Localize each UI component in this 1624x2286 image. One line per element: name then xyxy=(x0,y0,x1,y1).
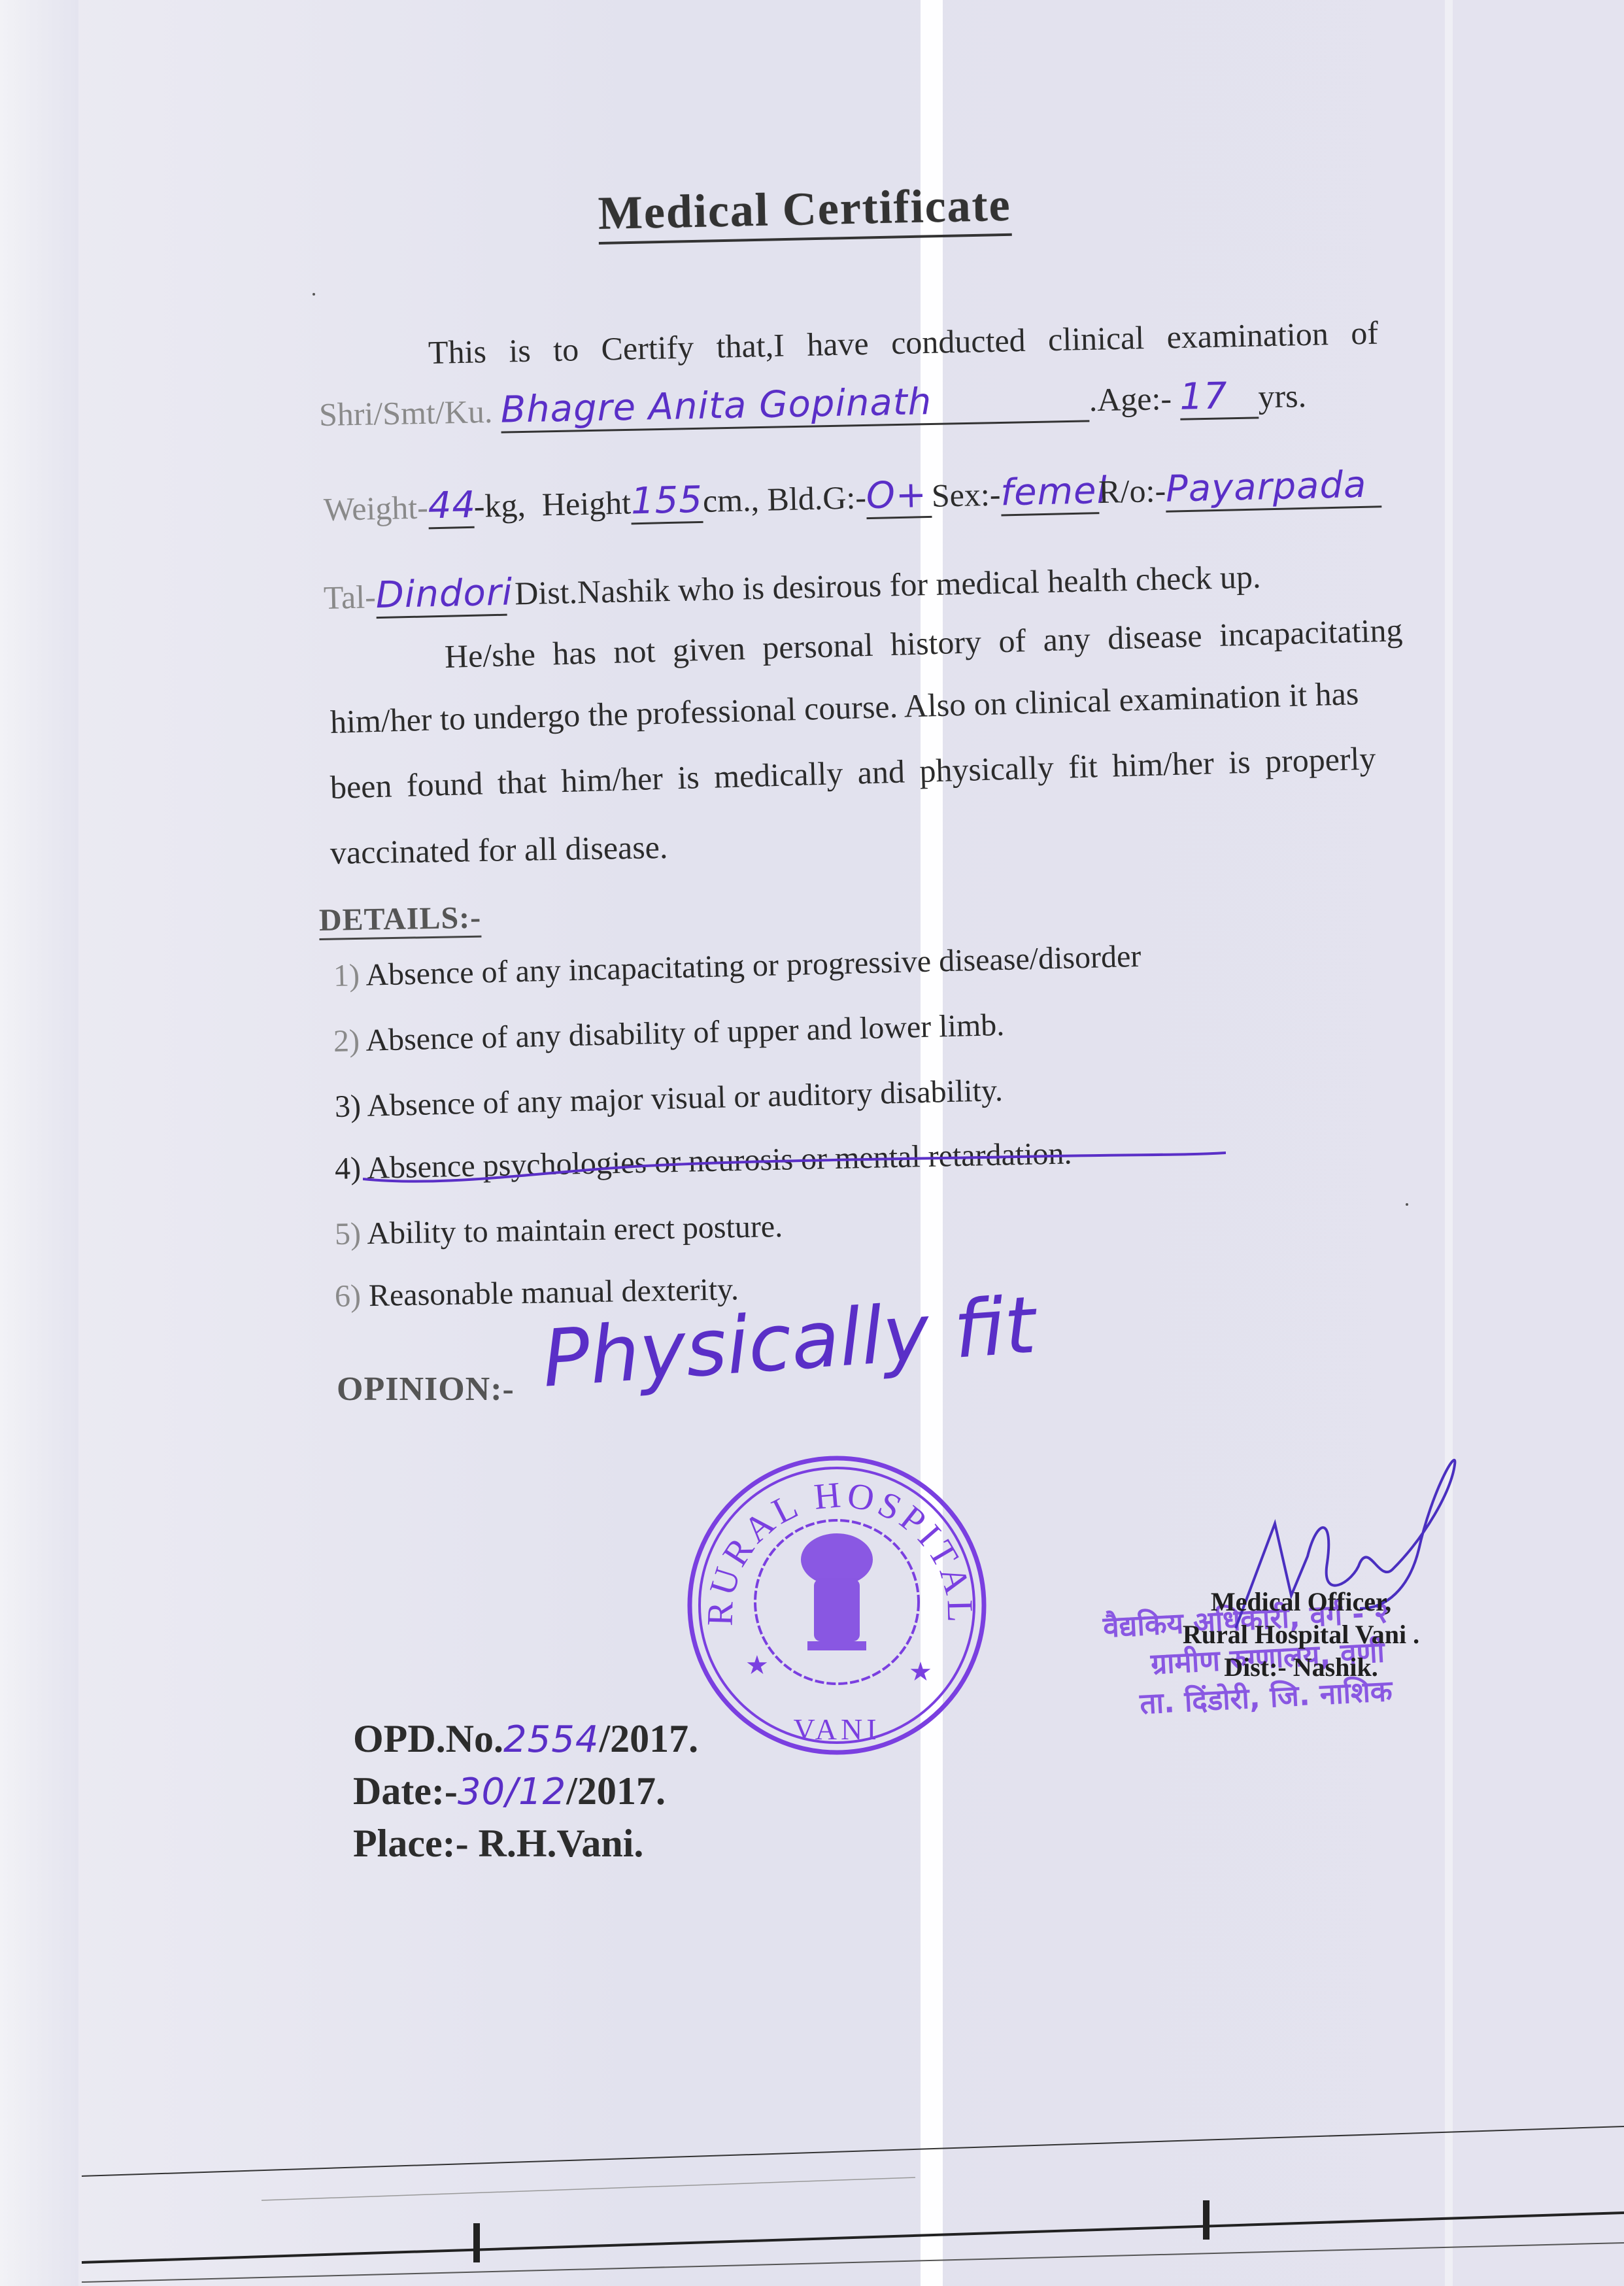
honorific-label: Shri/Smt/Ku. xyxy=(318,393,492,433)
weight-field: 44 xyxy=(428,484,475,530)
resident-label: R/o:- xyxy=(1098,472,1166,510)
sex-field: femel xyxy=(1000,469,1100,516)
weight-label: Weight- xyxy=(323,488,428,528)
date-year: /2017. xyxy=(566,1769,666,1813)
detail-num: 4) xyxy=(334,1151,361,1186)
place-value: R.H.Vani. xyxy=(479,1822,644,1865)
height-value: 155 xyxy=(630,479,703,522)
taluka-field: Dindori xyxy=(375,571,507,619)
age-field: 17 xyxy=(1179,374,1259,420)
taluka-value: Dindori xyxy=(375,571,513,617)
scan-bleed-lines xyxy=(0,2092,1624,2286)
weight-value: 44 xyxy=(428,484,477,528)
strikethrough-mark xyxy=(363,1148,1226,1187)
opd-line: OPD.No.2554/2017. xyxy=(353,1713,698,1766)
stamp-bottom-text: VANI xyxy=(793,1713,880,1746)
height-unit: cm., xyxy=(702,481,759,519)
rural-hospital-stamp: RURAL HOSPITAL VANI ★ ★ xyxy=(683,1452,990,1759)
opd-year: /2017. xyxy=(600,1717,699,1760)
officer-title: Medical Officer, xyxy=(1098,1586,1504,1618)
place-label: Place:- xyxy=(353,1822,469,1865)
ashoka-emblem-icon xyxy=(801,1533,873,1650)
detail-num: 3) xyxy=(334,1089,361,1124)
scan-speck xyxy=(1406,1203,1408,1206)
footer-block: OPD.No.2554/2017. Date:-30/12/2017. Plac… xyxy=(353,1713,698,1869)
page-title: Medical Certificate xyxy=(598,178,1011,245)
star-icon: ★ xyxy=(909,1657,932,1686)
weight-unit: -kg, xyxy=(473,486,526,524)
detail-num: 2) xyxy=(333,1023,360,1059)
height-field: 155 xyxy=(630,479,703,524)
body-line-4: vaccinated for all disease. xyxy=(330,828,668,872)
detail-num: 1) xyxy=(333,958,360,993)
details-heading: DETAILS:- xyxy=(318,900,481,940)
date-label: Date:- xyxy=(353,1769,458,1813)
opd-label: OPD.No. xyxy=(353,1717,503,1760)
scan-speck xyxy=(313,293,315,296)
detail-num: 5) xyxy=(335,1216,362,1252)
detail-text: Ability to maintain erect posture. xyxy=(367,1209,783,1251)
taluka-label: Tal- xyxy=(323,578,376,616)
blood-group-label: Bld.G:- xyxy=(767,479,867,517)
height-label: Height xyxy=(541,484,631,522)
blood-group-field: O+ xyxy=(866,473,932,519)
date-line: Date:-30/12/2017. xyxy=(353,1766,698,1818)
detail-num: 6) xyxy=(335,1278,362,1314)
officer-org: Rural Hospital Vani . xyxy=(1098,1618,1504,1651)
sex-value: femel xyxy=(1000,469,1108,515)
age-unit: yrs. xyxy=(1258,377,1307,415)
sex-label: Sex:- xyxy=(931,476,1001,514)
date-value: 30/12 xyxy=(458,1771,566,1813)
opinion-label: OPINION:- xyxy=(337,1370,515,1408)
scan-glare-strip-faint xyxy=(1445,0,1453,2286)
star-icon: ★ xyxy=(745,1650,769,1680)
age-label: .Age:- xyxy=(1089,380,1172,418)
scan-edge xyxy=(0,0,78,2286)
resident-value: Payarpada xyxy=(1165,464,1367,511)
officer-district: Dist:- Nashik. xyxy=(1098,1651,1504,1684)
officer-block: Medical Officer, Rural Hospital Vani . D… xyxy=(1098,1586,1504,1684)
patient-name: Bhagre Anita Gopinath xyxy=(500,381,932,432)
age-value: 17 xyxy=(1179,375,1228,418)
place-line: Place:- R.H.Vani. xyxy=(353,1818,698,1869)
opd-number: 2554 xyxy=(503,1718,600,1761)
blood-group-value: O+ xyxy=(866,473,927,517)
resident-field: Payarpada xyxy=(1165,463,1381,512)
